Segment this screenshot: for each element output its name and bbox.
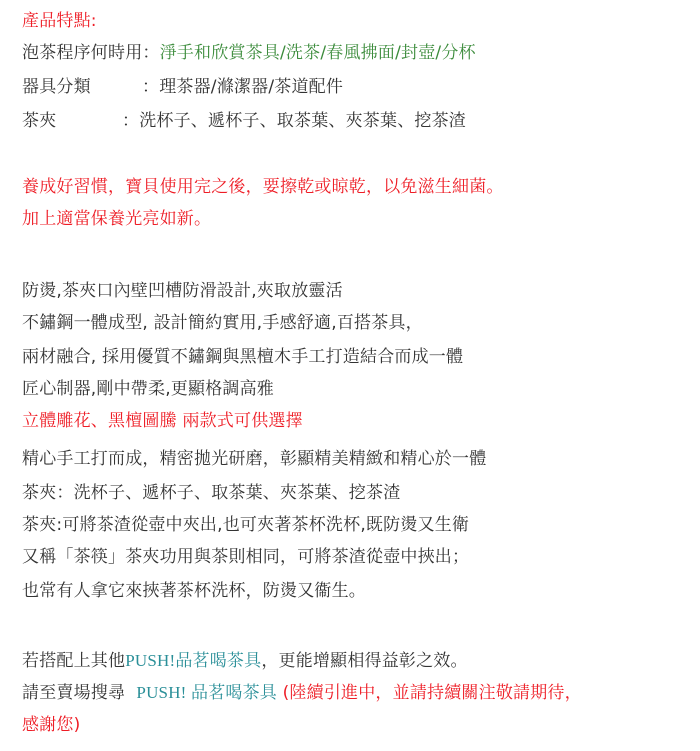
product-description: 產品特點: 泡茶程序何時用：淨手和欣賞茶具/洗茶/春風拂面/封壺/分杯 器具分類… — [0, 0, 700, 751]
description-line: 兩材融合, 採用優質不鏽鋼與黑檀木手工打造結合而成一體 — [22, 345, 463, 369]
promo-text: 請至賣場搜尋 — [22, 683, 136, 703]
description-line: 茶夾：洗杯子、遞杯子、取茶葉、夾茶葉、挖茶渣 — [22, 481, 400, 505]
promo-line-1: 若搭配上其他PUSH!品茗喝茶具，更能增顯相得益彰之效。 — [22, 649, 468, 673]
brand-search-link[interactable]: PUSH! 品茗喝茶具 — [136, 683, 277, 702]
promo-text: 若搭配上其他 — [22, 651, 125, 671]
description-line: 茶夾:可將茶渣從壺中夾出,也可夾著茶杯洗杯,既防燙又生衛 — [22, 513, 469, 537]
feature-label: 茶夾 — [22, 109, 122, 133]
description-line: 又稱「茶筷」茶夾功用與茶則相同，可將茶渣從壺中挾出； — [22, 545, 469, 569]
features-title: 產品特點: — [22, 9, 97, 33]
feature-label: 泡茶程序何時用： — [22, 43, 160, 63]
description-line: 匠心制器,剛中帶柔,更顯格調高雅 — [22, 377, 274, 401]
promo-line-2: 請至賣場搜尋 PUSH! 品茗喝茶具 (陸續引進中，並請持續關注敬請期待， — [22, 681, 582, 705]
description-line: 精心手工打而成，精密拋光研磨，彰顯精美精緻和精心於一體 — [22, 447, 486, 471]
feature-value: ：洗杯子、遞杯子、取茶葉、夾茶葉、挖茶渣 — [122, 111, 466, 131]
feature-value: ：理茶器/滌潔器/茶道配件 — [142, 77, 343, 97]
brand-link[interactable]: PUSH!品茗喝茶具 — [125, 651, 261, 670]
description-line: 也常有人拿它來挾著茶杯洗杯，防燙又衞生。 — [22, 579, 366, 603]
feature-value: 淨手和欣賞茶具/洗茶/春風拂面/封壺/分杯 — [160, 43, 476, 63]
feature-row-category: 器具分類：理茶器/滌潔器/茶道配件 — [22, 75, 343, 99]
care-note-line-1: 養成好習慣，寶貝使用完之後，要擦乾或晾乾，以免滋生細菌。 — [22, 175, 504, 199]
feature-label: 器具分類 — [22, 75, 142, 99]
description-line: 防燙,茶夾口內壁凹槽防滑設計,夾取放靈活 — [22, 279, 343, 303]
promo-text: ，更能增顯相得益彰之效。 — [261, 651, 467, 671]
care-note-line-2: 加上適當保養光亮如新。 — [22, 207, 211, 231]
style-options-highlight: 立體雕花、黑檀圖騰 兩款式可供選擇 — [22, 409, 303, 433]
description-line: 不鏽鋼一體成型, 設計簡約實用,手感舒適,百搭茶具， — [22, 311, 423, 335]
promo-line-3: 感謝您) — [22, 713, 80, 737]
feature-row-tongs: 茶夾：洗杯子、遞杯子、取茶葉、夾茶葉、挖茶渣 — [22, 109, 466, 133]
promo-note: (陸續引進中，並請持續關注敬請期待， — [277, 683, 582, 703]
feature-row-usage: 泡茶程序何時用：淨手和欣賞茶具/洗茶/春風拂面/封壺/分杯 — [22, 41, 476, 65]
